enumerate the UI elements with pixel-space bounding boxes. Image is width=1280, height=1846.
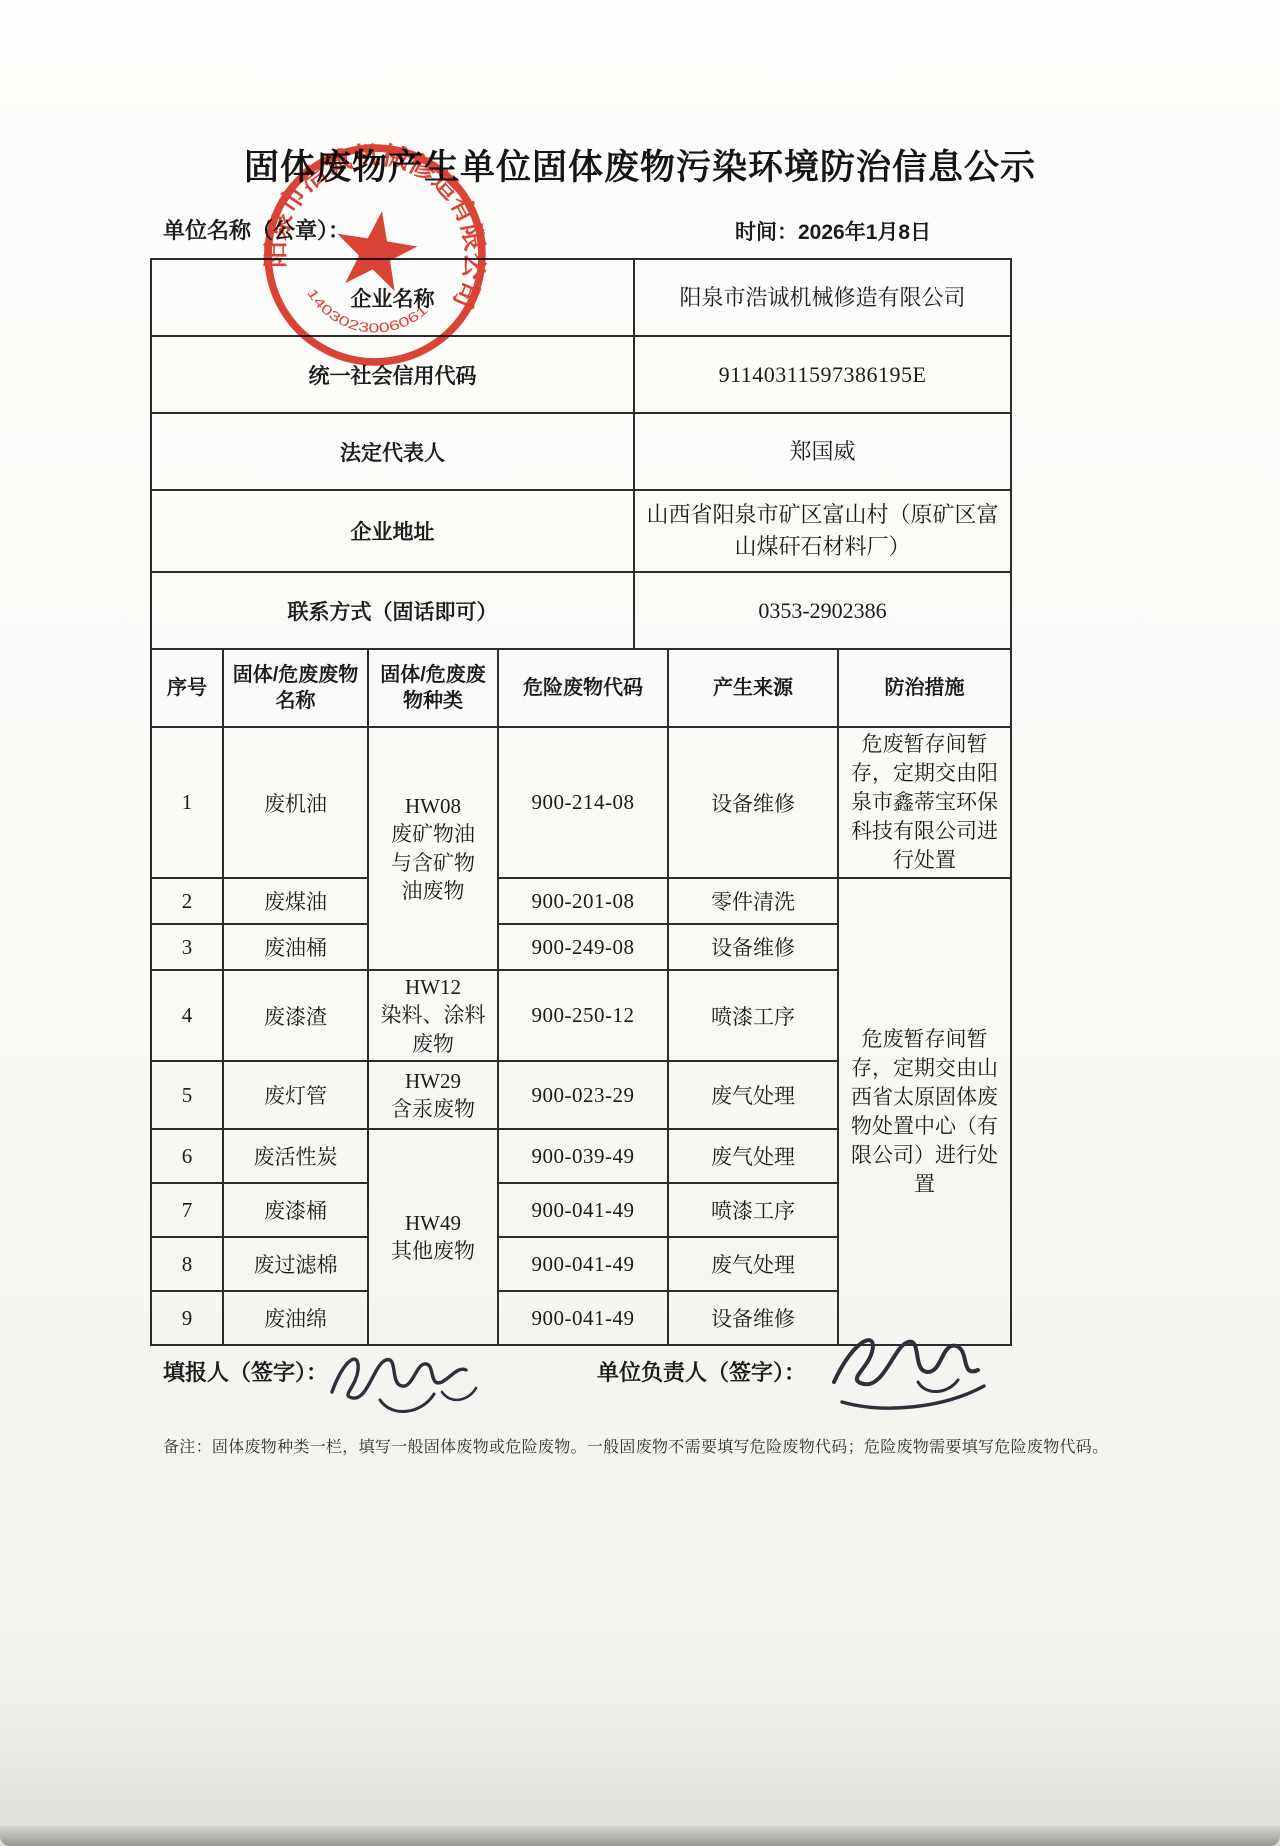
cell-waste-name: 废油桶 <box>223 924 368 970</box>
cell-waste-code: 900-039-49 <box>498 1129 668 1183</box>
cell-waste-code: 900-214-08 <box>498 727 668 878</box>
photo-bottom-edge <box>0 1826 1280 1846</box>
col-header-measure: 防治措施 <box>838 649 1011 727</box>
info-label: 联系方式（固话即可） <box>151 572 634 649</box>
star-icon <box>330 205 422 294</box>
cell-serial: 5 <box>151 1061 223 1129</box>
filler-signature-label: 填报人（签字）： <box>163 1356 328 1387</box>
cell-waste-name: 废过滤棉 <box>223 1237 368 1291</box>
info-label: 法定代表人 <box>151 413 634 490</box>
filler-signature-image <box>322 1334 487 1439</box>
cell-serial: 9 <box>151 1291 223 1345</box>
responsible-signature-label: 单位负责人（签字）： <box>597 1356 806 1387</box>
cell-serial: 8 <box>151 1237 223 1291</box>
cell-waste-code: 900-250-12 <box>498 970 668 1061</box>
cell-measure-rows2to9: 危废暂存间暂存，定期交由山西省太原固体废物处置中心（有限公司）进行处置 <box>838 878 1011 1345</box>
cell-serial: 7 <box>151 1183 223 1237</box>
company-stamp: 阳泉市浩诚机械修造有限公司 1403023006061 <box>234 114 515 395</box>
cell-waste-category-hw12: HW12 染料、涂料 废物 <box>368 970 498 1061</box>
cell-waste-code: 900-041-49 <box>498 1237 668 1291</box>
cell-source: 喷漆工序 <box>668 1183 838 1237</box>
cell-waste-code: 900-041-49 <box>498 1291 668 1345</box>
responsible-signature-image <box>822 1320 1007 1430</box>
cell-waste-code: 900-023-29 <box>498 1061 668 1129</box>
info-value: 山西省阳泉市矿区富山村（原矿区富山煤矸石材料厂） <box>634 490 1011 572</box>
col-header-waste-name: 固体/危废废物名称 <box>223 649 368 727</box>
cell-waste-name: 废灯管 <box>223 1061 368 1129</box>
info-row-phone: 联系方式（固话即可） 0353-2902386 <box>151 572 1011 649</box>
col-header-source: 产生来源 <box>668 649 838 727</box>
cell-source: 废气处理 <box>668 1061 838 1129</box>
cell-measure-row1: 危废暂存间暂存，定期交由阳泉市鑫蒂宝环保科技有限公司进行处置 <box>838 727 1011 878</box>
col-header-waste-category: 固体/危废废物种类 <box>368 649 498 727</box>
waste-list-table: 序号 固体/危废废物名称 固体/危废废物种类 危险废物代码 产生来源 防治措施 … <box>150 648 1012 1346</box>
cell-waste-name: 废机油 <box>223 727 368 878</box>
cell-source: 零件清洗 <box>668 878 838 924</box>
cell-serial: 1 <box>151 727 223 878</box>
cell-source: 设备维修 <box>668 727 838 878</box>
cell-waste-code: 900-201-08 <box>498 878 668 924</box>
info-row-address: 企业地址 山西省阳泉市矿区富山村（原矿区富山煤矸石材料厂） <box>151 490 1011 572</box>
info-value: 0353-2902386 <box>634 572 1011 649</box>
info-value: 91140311597386195E <box>634 336 1011 413</box>
document-page: 固体废物产生单位固体废物污染环境防治信息公示 单位名称（公章）： 时间：2026… <box>0 0 1280 1846</box>
cell-waste-name: 废漆渣 <box>223 970 368 1061</box>
cell-waste-name: 废煤油 <box>223 878 368 924</box>
waste-table-header-row: 序号 固体/危废废物名称 固体/危废废物种类 危险废物代码 产生来源 防治措施 <box>151 649 1011 727</box>
info-row-legal-representative: 法定代表人 郑国威 <box>151 413 1011 490</box>
cell-serial: 3 <box>151 924 223 970</box>
info-value: 阳泉市浩诚机械修造有限公司 <box>634 259 1011 336</box>
cell-serial: 4 <box>151 970 223 1061</box>
cell-source: 设备维修 <box>668 924 838 970</box>
cell-waste-category-hw08: HW08 废矿物油 与含矿物 油废物 <box>368 727 498 970</box>
cell-serial: 2 <box>151 878 223 924</box>
cell-waste-code: 900-041-49 <box>498 1183 668 1237</box>
cell-source: 废气处理 <box>668 1129 838 1183</box>
cell-waste-code: 900-249-08 <box>498 924 668 970</box>
remarks-note: 备注：固体废物种类一栏，填写一般固体废物或危险废物。一般固废物不需要填写危险废物… <box>163 1434 1143 1457</box>
info-value: 郑国威 <box>634 413 1011 490</box>
cell-waste-category-hw49: HW49 其他废物 <box>368 1129 498 1345</box>
cell-source: 喷漆工序 <box>668 970 838 1061</box>
waste-row: 1 废机油 HW08 废矿物油 与含矿物 油废物 900-214-08 设备维修… <box>151 727 1011 878</box>
cell-waste-name: 废漆桶 <box>223 1183 368 1237</box>
cell-source: 设备维修 <box>668 1291 838 1345</box>
col-header-waste-code: 危险废物代码 <box>498 649 668 727</box>
cell-serial: 6 <box>151 1129 223 1183</box>
col-header-serial: 序号 <box>151 649 223 727</box>
page-title: 固体废物产生单位固体废物污染环境防治信息公示 <box>0 140 1280 190</box>
cell-waste-category-hw29: HW29 含汞废物 <box>368 1061 498 1129</box>
report-date-text: 时间：2026年1月8日 <box>735 216 931 246</box>
waste-row: 2 废煤油 900-201-08 零件清洗 危废暂存间暂存，定期交由山西省太原固… <box>151 878 1011 924</box>
cell-source: 废气处理 <box>668 1237 838 1291</box>
cell-waste-name: 废活性炭 <box>223 1129 368 1183</box>
info-label: 企业地址 <box>151 490 634 572</box>
stamp-serial-text: 1403023006061 <box>299 284 432 345</box>
